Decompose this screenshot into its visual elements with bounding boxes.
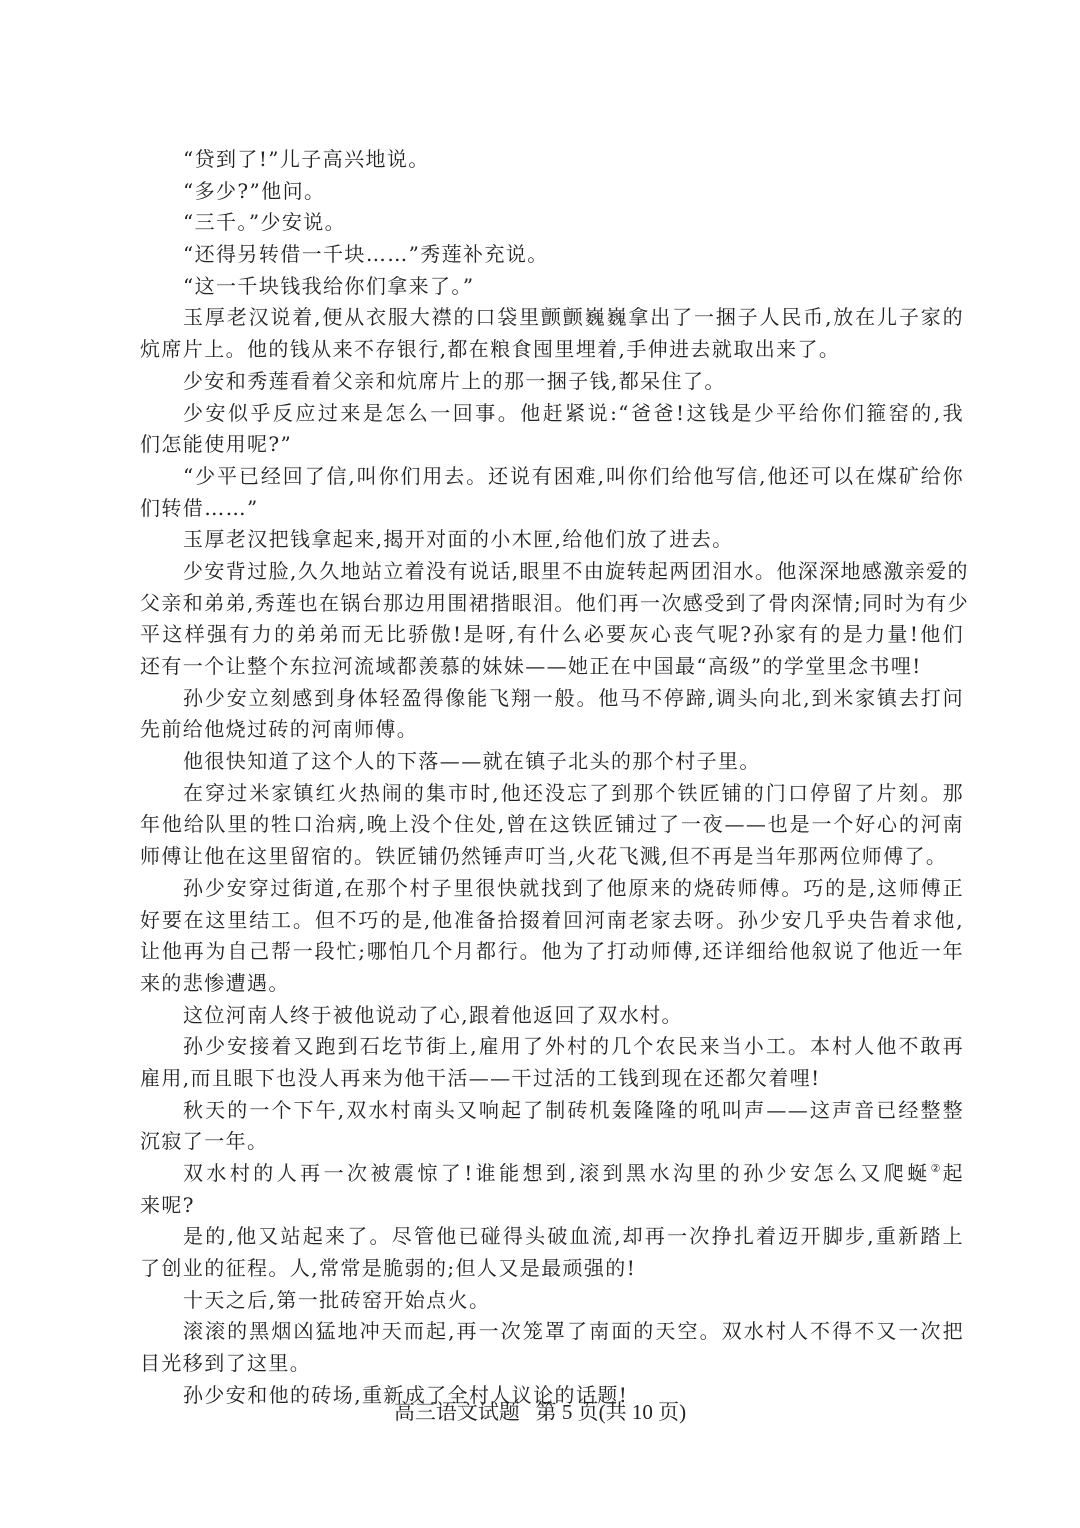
- text-line: 们怎能使用呢?”: [140, 429, 964, 461]
- page-footer: 高三语文试题 第 5 页(共 10 页): [0, 1396, 1080, 1426]
- text-segment: 起: [943, 1161, 964, 1185]
- text-line: 还有一个让整个东拉河流域都羡慕的妹妹——她正在中国最“高级”的学堂里念书哩!: [140, 651, 964, 683]
- text-line: 孙少安立刻感到身体轻盈得像能飞翔一般。他马不停蹄,调头向北,到米家镇去打问: [140, 683, 964, 715]
- text-segment: 双水村的人再一次被震惊了!谁能想到,滚到黑水沟里的孙少安怎么又爬蜒: [183, 1161, 931, 1185]
- text-line: 雇用,而且眼下也没人再来为他干活——干过活的工钱到现在还都欠着哩!: [140, 1063, 964, 1095]
- text-line: “三千。”少安说。: [140, 207, 964, 239]
- text-line: 孙少安接着又跑到石圪节街上,雇用了外村的几个农民来当小工。本村人他不敢再: [140, 1031, 964, 1063]
- text-line: “多少?”他问。: [140, 176, 964, 208]
- footnote-marker: ②: [931, 1162, 943, 1175]
- text-line: 炕席片上。他的钱从来不存银行,都在粮食囤里埋着,手伸进去就取出来了。: [140, 334, 964, 366]
- text-line: 来的悲惨遭遇。: [140, 968, 964, 1000]
- text-line: 年他给队里的牲口治病,晚上没个住处,曾在这铁匠铺过了一夜——也是一个好心的河南: [140, 809, 964, 841]
- text-line: “这一千块钱我给你们拿来了。”: [140, 271, 964, 303]
- text-line: 好要在这里结工。但不巧的是,他准备拾掇着回河南老家去呀。孙少安几乎央告着求他,: [140, 905, 964, 937]
- text-line: 这位河南人终于被他说动了心,跟着他返回了双水村。: [140, 1000, 964, 1032]
- text-line: 先前给他烧过砖的河南师傅。: [140, 714, 964, 746]
- text-line: “少平已经回了信,叫你们用去。还说有困难,叫你们给他写信,他还可以在煤矿给你: [140, 461, 964, 493]
- text-line: 让他再为自己帮一段忙;哪怕几个月都行。他为了打动师傅,还详细给他叙说了他近一年: [140, 936, 964, 968]
- text-line: 他很快知道了这个人的下落——就在镇子北头的那个村子里。: [140, 746, 964, 778]
- text-line: 十天之后,第一批砖窑开始点火。: [140, 1285, 964, 1317]
- text-line: 们转借……”: [140, 493, 964, 525]
- text-line: 父亲和弟弟,秀莲也在锅台那边用围裙揩眼泪。他们再一次感受到了骨肉深情;同时为有少: [140, 588, 964, 620]
- text-line: “还得另转借一千块……”秀莲补充说。: [140, 239, 964, 271]
- text-line: 目光移到了这里。: [140, 1348, 964, 1380]
- text-line: “贷到了!”儿子高兴地说。: [140, 144, 964, 176]
- text-line-with-footnote: 双水村的人再一次被震惊了!谁能想到,滚到黑水沟里的孙少安怎么又爬蜒②起: [140, 1158, 964, 1190]
- text-line: 玉厚老汉说着,便从衣服大襟的口袋里颤颤巍巍拿出了一捆子人民币,放在儿子家的: [140, 302, 964, 334]
- exam-title: 高三语文试题: [394, 1400, 520, 1424]
- text-line: 少安似乎反应过来是怎么一回事。他赶紧说:“爸爸!这钱是少平给你们箍窑的,我: [140, 398, 964, 430]
- text-line: 平这样强有力的弟弟而无比骄傲!是呀,有什么必要灰心丧气呢?孙家有的是力量!他们: [140, 619, 964, 651]
- text-line: 师傅让他在这里留宿的。铁匠铺仍然锤声叮当,火花飞溅,但不再是当年那两位师傅了。: [140, 841, 964, 873]
- page-number: 第 5 页(共 10 页): [536, 1400, 687, 1424]
- text-line: 来呢?: [140, 1190, 964, 1222]
- text-line: 滚滚的黑烟凶猛地冲天而起,再一次笼罩了南面的天空。双水村人不得不又一次把: [140, 1316, 964, 1348]
- text-line: 少安和秀莲看着父亲和炕席片上的那一捆子钱,都呆住了。: [140, 366, 964, 398]
- text-line: 了创业的征程。人,常常是脆弱的;但人又是最顽强的!: [140, 1253, 964, 1285]
- text-line: 玉厚老汉把钱拿起来,揭开对面的小木匣,给他们放了进去。: [140, 524, 964, 556]
- text-line: 在穿过米家镇红火热闹的集市时,他还没忘了到那个铁匠铺的门口停留了片刻。那: [140, 778, 964, 810]
- text-line: 孙少安穿过街道,在那个村子里很快就找到了他原来的烧砖师傅。巧的是,这师傅正: [140, 873, 964, 905]
- text-line: 秋天的一个下午,双水村南头又响起了制砖机轰隆隆的吼叫声——这声音已经整整: [140, 1095, 964, 1127]
- text-line: 少安背过脸,久久地站立着没有说话,眼里不由旋转起两团泪水。他深深地感激亲爱的: [140, 556, 964, 588]
- text-line: 是的,他又站起来了。尽管他已碰得头破血流,却再一次挣扎着迈开脚步,重新踏上: [140, 1221, 964, 1253]
- text-line: 沉寂了一年。: [140, 1126, 964, 1158]
- document-body: “贷到了!”儿子高兴地说。 “多少?”他问。 “三千。”少安说。 “还得另转借一…: [140, 144, 964, 1412]
